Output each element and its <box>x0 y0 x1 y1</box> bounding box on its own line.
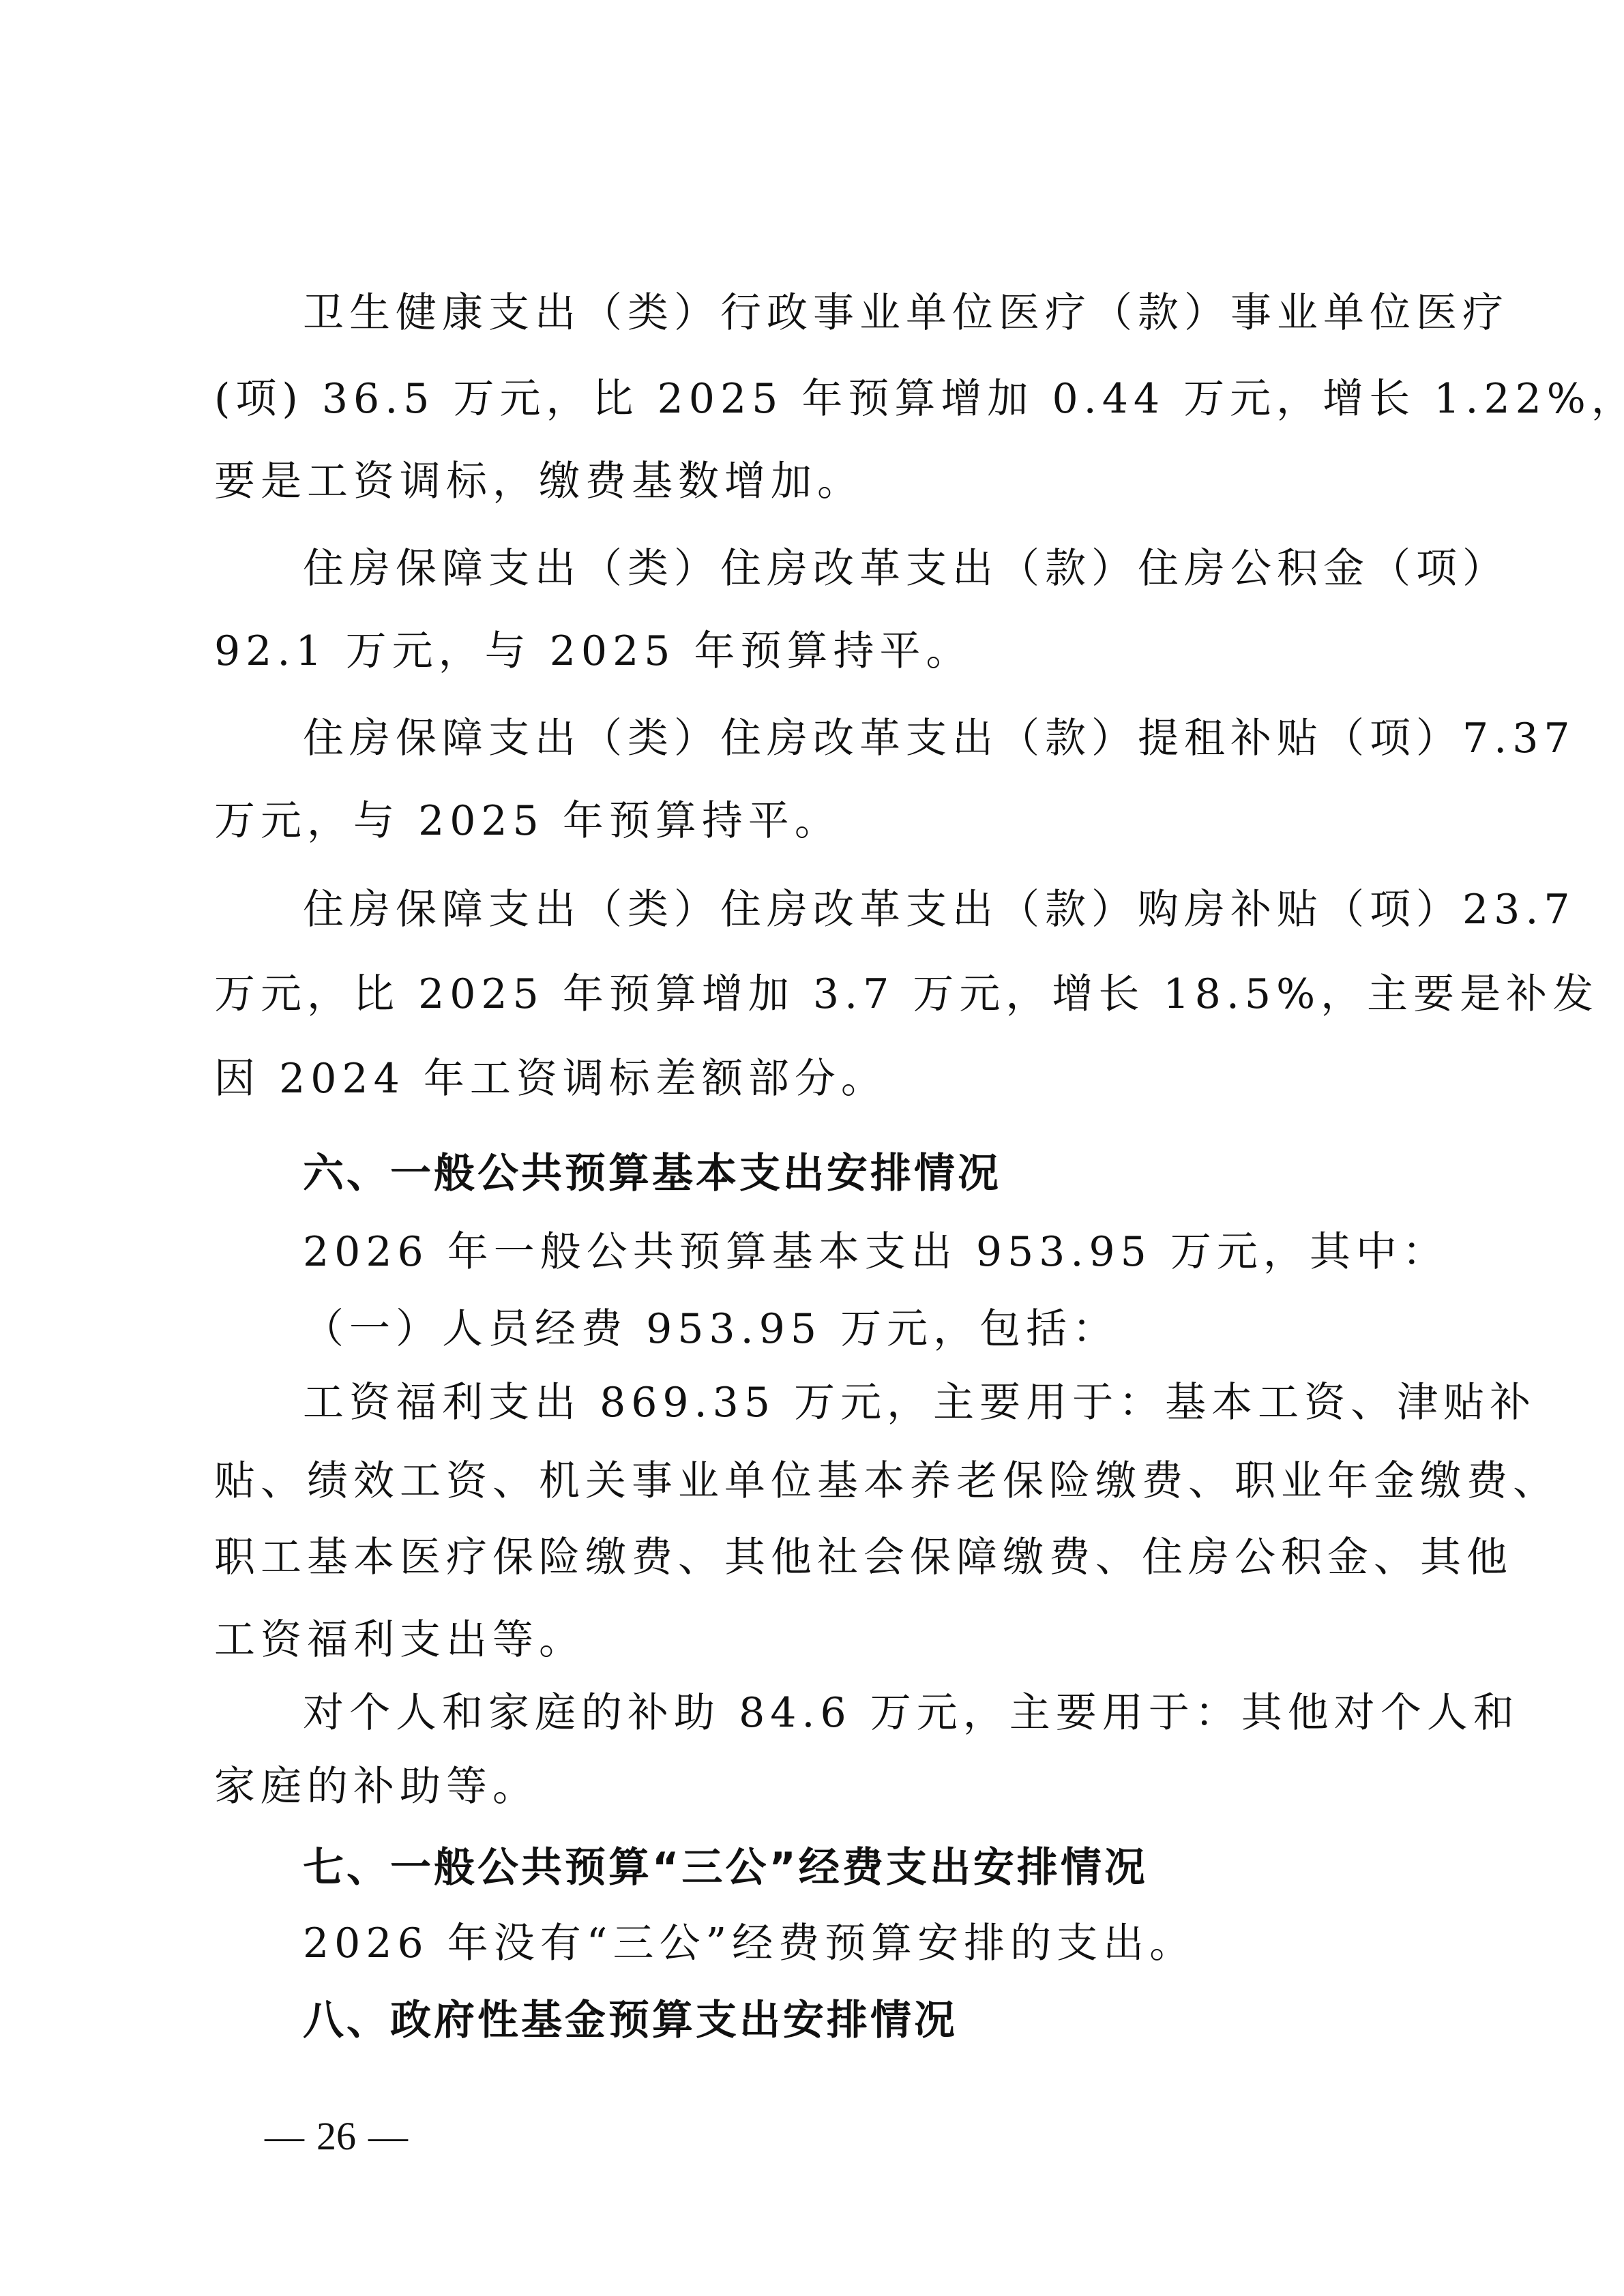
paragraph-health-line-2: (项) 36.5 万元，比 2025 年预算增加 0.44 万元，增长 1.22… <box>214 373 1426 425</box>
paragraph-purchase-subsidy-line-2: 万元，比 2025 年预算增加 3.7 万元，增长 18.5%，主要是补发 <box>214 968 1426 1020</box>
paragraph-salary-welfare-line-4: 工资福利支出等。 <box>214 1614 1426 1666</box>
paragraph-salary-welfare-line-1: 工资福利支出 869.35 万元，主要用于：基本工资、津贴补 <box>303 1377 1426 1429</box>
paragraph-three-public-expenses: 2026 年没有“三公”经费预算安排的支出。 <box>303 1918 1426 1969</box>
paragraph-housing-fund-line-1: 住房保障支出（类）住房改革支出（款）住房公积金（项） <box>303 543 1426 595</box>
paragraph-salary-welfare-line-2: 贴、绩效工资、机关事业单位基本养老保险缴费、职业年金缴费、 <box>214 1455 1426 1507</box>
page-number-footer: —26— <box>252 2113 420 2160</box>
paragraph-salary-welfare-line-3: 职工基本医疗保险缴费、其他社会保障缴费、住房公积金、其他 <box>214 1532 1426 1583</box>
paragraph-rent-subsidy-line-2: 万元，与 2025 年预算持平。 <box>214 795 1426 847</box>
section-heading-7: 七、一般公共预算“三公”经费支出安排情况 <box>303 1842 1426 1894</box>
paragraph-personnel-costs: （一）人员经费 953.95 万元，包括： <box>303 1303 1426 1355</box>
page-number-right-dash: — <box>368 2113 408 2160</box>
paragraph-family-subsidy-line-2: 家庭的补助等。 <box>214 1761 1426 1813</box>
paragraph-purchase-subsidy-line-3: 因 2024 年工资调标差额部分。 <box>214 1053 1426 1105</box>
paragraph-health-line-3: 要是工资调标，缴费基数增加。 <box>214 456 1426 507</box>
paragraph-rent-subsidy-line-1: 住房保障支出（类）住房改革支出（款）提租补贴（项）7.37 <box>303 713 1426 764</box>
document-page: 卫生健康支出（类）行政事业单位医疗（款）事业单位医疗 (项) 36.5 万元，比… <box>0 0 1624 2296</box>
paragraph-family-subsidy-line-1: 对个人和家庭的补助 84.6 万元，主要用于：其他对个人和 <box>303 1687 1426 1739</box>
paragraph-purchase-subsidy-line-1: 住房保障支出（类）住房改革支出（款）购房补贴（项）23.7 <box>303 884 1426 936</box>
paragraph-housing-fund-line-2: 92.1 万元，与 2025 年预算持平。 <box>214 625 1426 677</box>
section-heading-8: 八、政府性基金预算支出安排情况 <box>303 1995 1426 2046</box>
paragraph-health-line-1: 卫生健康支出（类）行政事业单位医疗（款）事业单位医疗 <box>303 287 1426 339</box>
section-heading-6: 六、一般公共预算基本支出安排情况 <box>303 1148 1426 1199</box>
paragraph-basic-expenditure-total: 2026 年一般公共预算基本支出 953.95 万元，其中： <box>303 1226 1426 1278</box>
page-number-left-dash: — <box>265 2113 304 2160</box>
page-number: 26 <box>316 2114 356 2158</box>
